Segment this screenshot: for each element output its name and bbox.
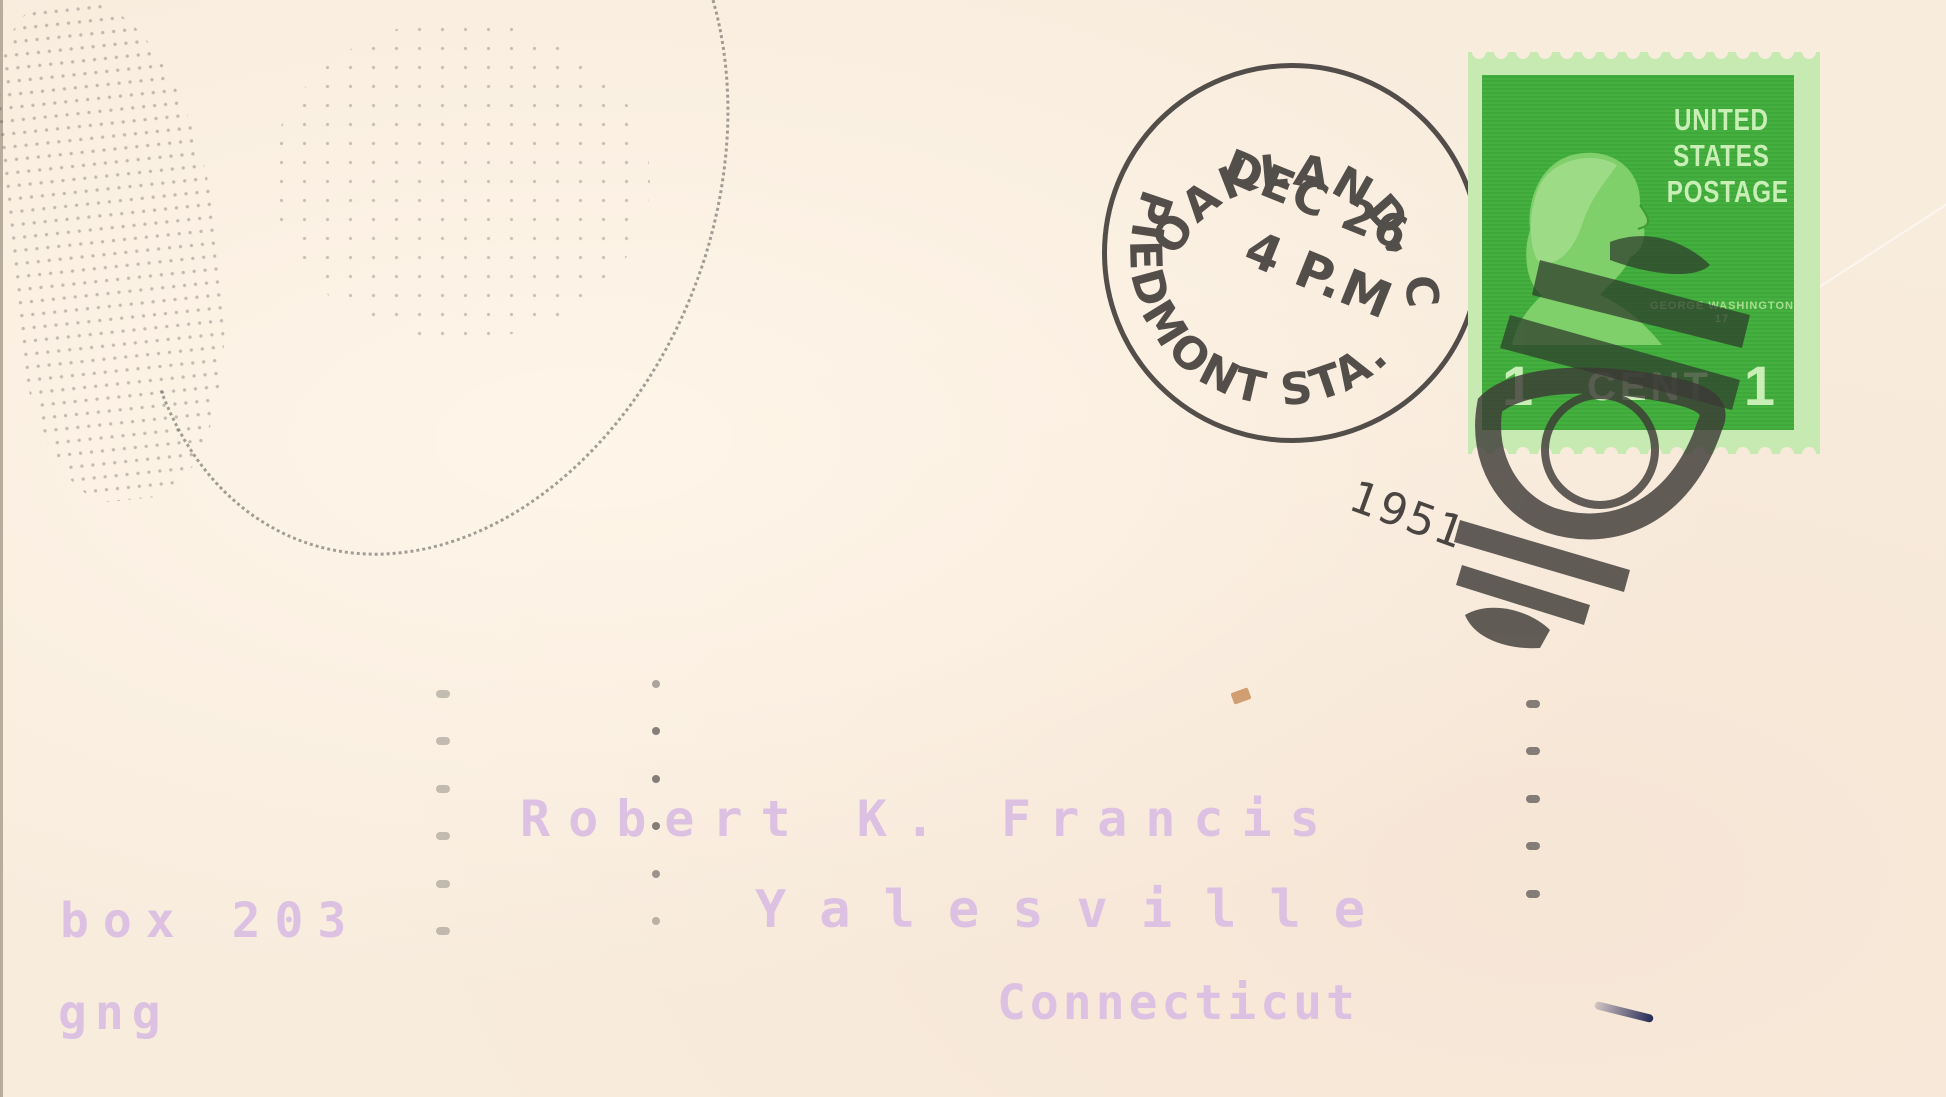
pen-tick-mark [1594,1001,1654,1023]
postmark-circle: OAKLAND, CALIF. PIEDMONT STA. DEC 26 4 P… [1102,63,1482,443]
postmark-year: 1951 [1343,471,1473,560]
recipient-city: Yalesville [755,880,1398,940]
stamp-text-postage: POSTAGE [1667,174,1776,210]
stamp-denomination-right: 1 [1744,353,1776,418]
rust-spot [1230,687,1251,704]
stamp-text-states: STATES [1667,138,1776,174]
return-box: box 203 [60,893,360,949]
recipient-state: Connecticut [997,975,1359,1031]
stamp-denomination-left: 1 [1502,353,1534,418]
return-code: gng [58,985,169,1041]
postcard: OAKLAND, CALIF. PIEDMONT STA. DEC 26 4 P… [0,0,1946,1097]
stamp-text-united: UNITED [1667,102,1776,138]
recipient-name: Robert K. Francis [520,790,1338,848]
washington-portrait-icon [1512,145,1672,345]
stamp-portrait-caption: GEORGE WASHINGTON 17 [1650,300,1794,326]
stamp: UNITED STATES POSTAGE GEORGE WASHINGTON … [1482,75,1794,430]
stamp-unit: CENT [1587,365,1712,410]
